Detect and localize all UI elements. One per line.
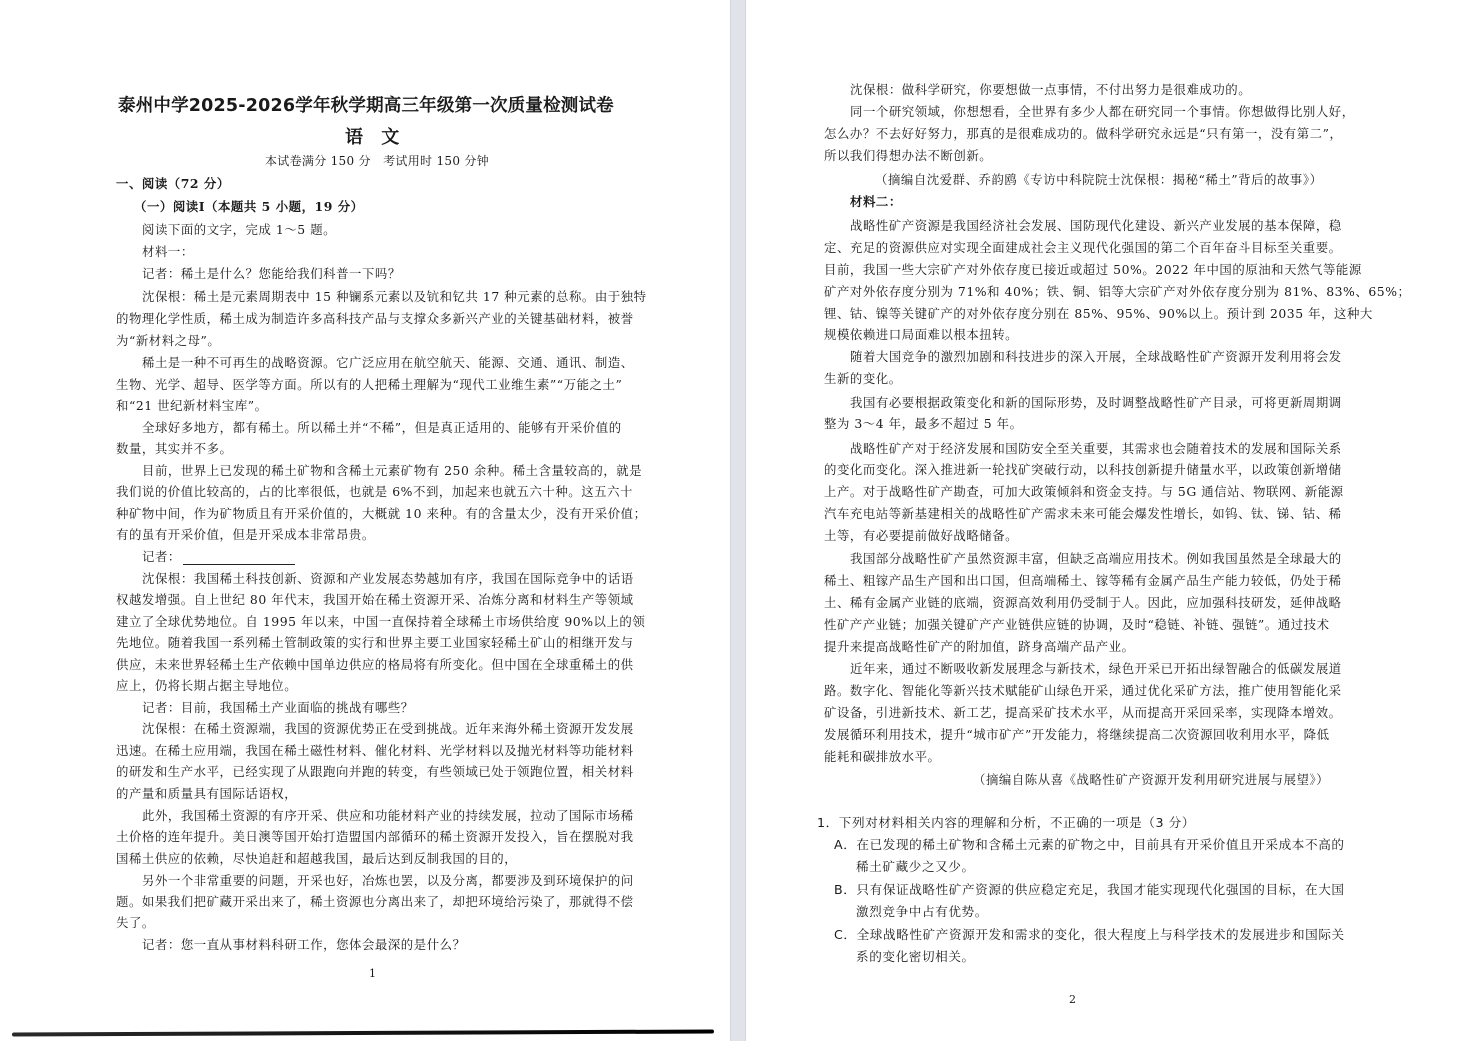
fill-in-blank [183,552,295,565]
paragraph-line: 的变化而变化。深入推进新一轮找矿突破行动，以科技创新提升储量水平，以政策创新增储 [824,462,1342,478]
option-c-line2: 系的变化密切相关。 [856,949,975,965]
paragraph-line: 生新的变化。 [824,371,902,387]
paragraph-line: 目前，世界上已发现的稀土矿物和含稀土元素矿物有 250 余种。稀土含量较高的，就… [142,463,642,479]
option-b-line1: B．只有保证战略性矿产资源的供应稳定充足，我国才能实现现代化强国的目标，在大国 [834,882,1345,898]
paragraph-line: 生物、光学、超导、医学等方面。所以有的人把稀土理解为“现代工业维生素”“万能之土… [116,377,622,393]
section-heading: 一、阅读（72 分） [116,176,230,192]
reporter-blank-line: 记者： [142,549,295,565]
option-a-line1: A．在已发现的稀土矿物和含稀土元素的矿物之中，目前具有开采价值且开采成本不高的 [834,837,1345,853]
option-a-line2: 稀土矿藏少之又少。 [856,859,975,875]
paragraph-line: 沈保根：我国稀土科技创新、资源和产业发展态势越加有序，我国在国际竞争中的话语 [142,571,634,587]
paragraph-line: 沈保根：稀土是元素周期表中 15 种镧系元素以及钪和钇共 17 种元素的总称。由… [142,289,647,305]
paragraph-line: 怎么办？不去好好努力，那真的是很难成功的。做科学研究永远是“只有第一，没有第二”… [824,126,1342,142]
paragraph-line: 的研发和生产水平，已经实现了从跟跑向并跑的转变，有些领域已处于领跑位置，相关材料 [116,764,634,780]
reporter-label: 记者： [142,549,181,564]
paragraph-line: 随着大国竞争的激烈加剧和科技进步的深入开展，全球战略性矿产资源开发利用将会发 [850,349,1342,365]
paragraph-line: 沈保根：在稀土资源端，我国的资源优势正在受到挑战。近年来海外稀土资源开发发展 [142,721,634,737]
paragraph-line: 稀土是一种不可再生的战略资源。它广泛应用在航空航天、能源、交通、通讯、制造、 [142,355,634,371]
paragraph-line: 权越发增强。自上世纪 80 年代末，我国开始在稀土资源开采、冶炼分离和材料生产等… [116,592,634,608]
paragraph-line: 的物理化学性质，稀土成为制造许多高科技产品与支撑众多新兴产业的关键基础材料，被誉 [116,311,634,327]
material-label: 材料一： [142,244,194,260]
instruction-text: 阅读下面的文字，完成 1～5 题。 [142,222,336,238]
paragraph-line: 先地位。随着我国一系列稀土管制政策的实行和世界主要工业国家轻稀土矿山的相继开发与 [116,635,634,651]
exam-title: 泰州中学2025-2026学年秋学期高三年级第一次质量检测试卷 [118,98,614,114]
paragraph-line: 整为 3～4 年，最多不超过 5 年。 [824,416,1023,432]
question-stem: 1．下列对材料相关内容的理解和分析，不正确的一项是（3 分） [817,815,1195,831]
page-number: 2 [1069,992,1077,1008]
paragraph-line: 此外，我国稀土资源的有序开采、供应和功能材料产业的持续发展，拉动了国际市场稀 [142,808,634,824]
paragraph-line: 发展循环利用技术，提升“城市矿产”开发能力，将继续提高二次资源回收利用水平，降低 [824,727,1330,743]
paragraph-line: 性矿产产业链；加强关键矿产产业链供应链的协调，及时“稳链、补链、强链”。通过技术 [824,617,1330,633]
paragraph-line: 国稀土供应的依赖，尽快追赶和超越我国，最后达到反制我国的目的， [116,851,517,867]
paragraph-line: 另外一个非常重要的问题，开采也好，冶炼也罢，以及分离，都要涉及到环境保护的问 [142,873,634,889]
paragraph-line: 数量，其实并不多。 [116,441,232,457]
paragraph-line: 能耗和碳排放水平。 [824,749,940,765]
paragraph-line: 近年来，通过不断吸收新发展理念与新技术，绿色开采已开拓出绿智融合的低碳发展道 [850,661,1342,677]
source-citation: （摘编自沈爱群、乔韵鸥《专访中科院院士沈保根：揭秘“稀土”背后的故事》） [875,172,1323,188]
material-label: 材料二： [850,194,902,210]
paragraph-line: 目前，我国一些大宗矿产对外依存度已接近或超过 50%。2022 年中国的原油和天… [824,262,1362,278]
paragraph-line: 种矿物中间，作为矿物质且有开采价值的，大概就 10 来种。有的含量太少，没有开采… [116,506,647,522]
paragraph-line: 有的虽有开采价值，但是开采成本非常昂贵。 [116,527,375,543]
paragraph-line: 建立了全球优势地位。自 1995 年以来，中国一直保持着全球稀土市场供给度 90… [116,614,645,630]
paragraph-line: 我们说的价值比较高的，占的比率很低，也就是 6%不到，加起来也就五六十种。这五六… [116,484,633,500]
paragraph-line: 土价格的连年提升。美日澳等国开始打造盟国内部循环的稀土资源开发投入，旨在摆脱对我 [116,829,634,845]
paragraph-line: 供应，未来世界轻稀土生产依赖中国单边供应的格局将有所变化。但中国在全球重稀土的供 [116,657,634,673]
paragraph-line: 定、充足的资源供应对实现全面建成社会主义现代化强国的第二个百年奋斗目标至关重要。 [824,240,1342,256]
paragraph-line: 我国有必要根据政策变化和新的国际形势，及时调整战略性矿产目录，可将更新周期调 [850,395,1342,411]
paragraph-line: 战略性矿产资源是我国经济社会发展、国防现代化建设、新兴产业发展的基本保障，稳 [850,218,1342,234]
paragraph-line: 稀土、粗镓产品生产国和出口国，但高端稀土、镓等稀有金属产品生产能力较低，仍处于稀 [824,573,1342,589]
scan-artifact-bar [12,1029,714,1036]
exam-meta: 本试卷满分 150 分 考试用时 150 分钟 [265,153,489,169]
paragraph-line: 路。数字化、智能化等新兴技术赋能矿山绿色开采，通过优化采矿方法，推广使用智能化采 [824,683,1342,699]
paragraph-line: 锂、钴、镍等关键矿产的对外依存度分别在 85%、95%、90%以上。预计到 20… [824,306,1373,322]
paragraph-line: 记者：稀土是什么？您能给我们科普一下吗？ [142,266,401,282]
subject-title: 语 文 [345,130,405,146]
paragraph-line: 所以我们得想办法不断创新。 [824,148,992,164]
document-page-1: 泰州中学2025-2026学年秋学期高三年级第一次质量检测试卷 语 文 本试卷满… [0,0,730,1041]
paragraph-line: 记者：目前，我国稀土产业面临的挑战有哪些？ [142,700,414,716]
paragraph-line: 为“新材料之母”。 [116,333,220,349]
option-b-line2: 激烈竞争中占有优势。 [856,904,988,920]
document-page-2: 沈保根：做科学研究，你要想做一点事情，不付出努力是很难成功的。 同一个研究领域，… [747,0,1481,1041]
paragraph-line: 矿设备，引进新技术、新工艺，提高采矿技术水平，从而提高开采回采率，实现降本增效。 [824,705,1342,721]
page-number: 1 [369,966,377,982]
paragraph-line: 规模依赖进口局面难以根本扭转。 [824,327,1018,343]
paragraph-line: 题。如果我们把矿藏开采出来了，稀土资源也分离出来了，却把环境给污染了，那就得不偿 [116,894,634,910]
paragraph-line: 迅速。在稀土应用端，我国在稀土磁性材料、催化材料、光学材料以及抛光材料等功能材料 [116,743,634,759]
paragraph-line: 的产量和质量具有国际话语权， [116,786,297,802]
paragraph-line: 应上，仍将长期占据主导地位。 [116,678,297,694]
paragraph-line: 我国部分战略性矿产虽然资源丰富，但缺乏高端应用技术。例如我国虽然是全球最大的 [850,551,1342,567]
paragraph-line: 土等，有必要提前做好战略储备。 [824,528,1018,544]
paragraph-line: 土、稀有金属产业链的底端，资源高效利用仍受制于人。因此，应加强科技研发，延伸战略 [824,595,1342,611]
paragraph-line: 战略性矿产对于经济发展和国防安全至关重要，其需求也会随着技术的发展和国际关系 [850,441,1342,457]
paragraph-line: 矿产对外依存度分别为 71%和 40%；铁、铜、铝等大宗矿产对外依存度分别为 8… [824,284,1410,300]
source-citation: （摘编自陈从喜《战略性矿产资源开发利用研究进展与展望》） [973,772,1329,788]
paragraph-line: 和“21 世纪新材料宝库”。 [116,398,268,414]
paragraph-line: 提升来提高战略性矿产的附加值，跻身高端产品产业。 [824,639,1135,655]
paragraph-line: 上产。对于战略性矿产勘查，可加大政策倾斜和资金支持。与 5G 通信站、物联网、新… [824,484,1344,500]
paragraph-line: 失了。 [116,915,155,931]
paragraph-line: 沈保根：做科学研究，你要想做一点事情，不付出努力是很难成功的。 [850,82,1251,98]
paragraph-line: 同一个研究领域，你想想看，全世界有多少人都在研究同一个事情。你想做得比别人好， [850,104,1355,120]
subsection-heading: （一）阅读Ⅰ（本题共 5 小题，19 分） [134,199,364,215]
option-c-line1: C．全球战略性矿产资源开发和需求的变化，很大程度上与科学技术的发展进步和国际关 [834,927,1345,943]
paragraph-line: 记者：您一直从事材料科研工作，您体会最深的是什么？ [142,937,466,953]
paragraph-line: 汽车充电站等新基建相关的战略性矿产需求未来可能会爆发性增长，如钨、钛、锑、钴、稀 [824,506,1342,522]
page-gutter [730,0,746,1041]
paragraph-line: 全球好多地方，都有稀土。所以稀土并“不稀”，但是真正适用的、能够有开采价值的 [142,420,622,436]
